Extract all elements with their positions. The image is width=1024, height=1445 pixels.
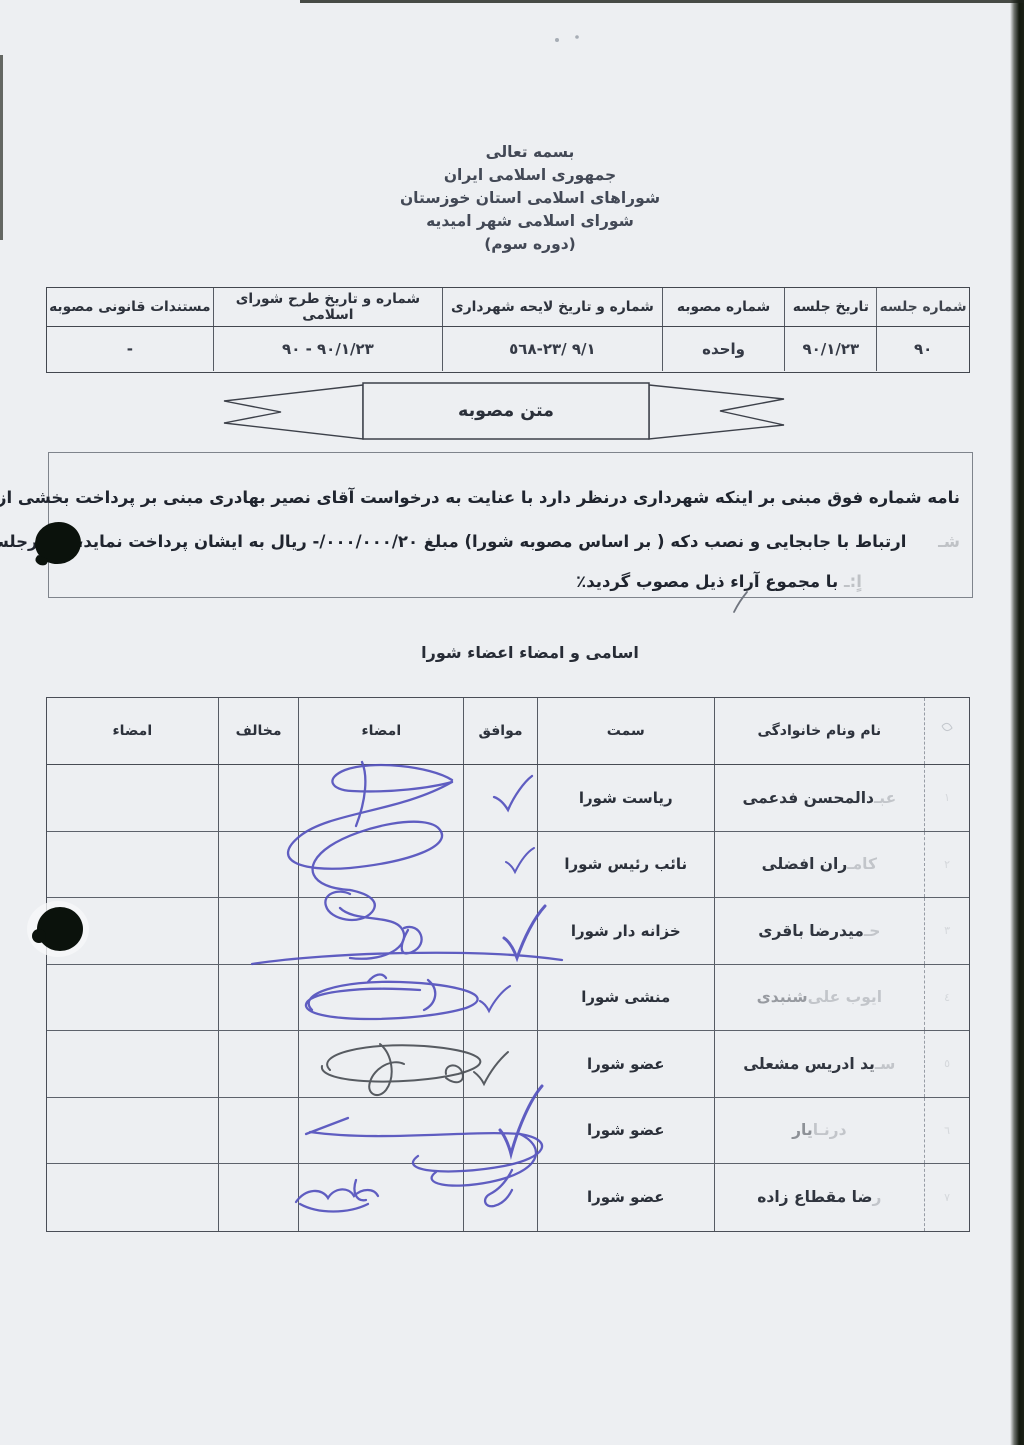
resolution-banner: متن مصوبه	[218, 381, 790, 443]
signature-cell	[298, 765, 463, 831]
line2-amount: -/٠٠٠/٠٠٠/٢٠	[313, 532, 419, 551]
signature-cell	[298, 1098, 463, 1164]
member-role: نائب رئیس شورا	[537, 832, 714, 898]
value-legal-refs: -	[47, 327, 213, 371]
header-against: مخالف	[218, 698, 299, 764]
member-name: کامـران افضلی	[714, 832, 925, 898]
signature-cell-2	[47, 765, 218, 831]
city-council-line: شورای اسلامی شهر امیدیه	[36, 210, 1024, 233]
besmele-line: بسمه تعالی	[36, 141, 1024, 164]
against-cell	[218, 965, 299, 1031]
member-row: ٦ درنـا یار عضو شورا	[47, 1098, 969, 1165]
agree-cell	[463, 832, 537, 898]
resolution-line-1: نامه شماره فوق مبنی بر اینکه شهرداری درن…	[61, 481, 960, 515]
scan-edge-left	[0, 55, 3, 240]
signature-cell	[298, 965, 463, 1031]
signature-cell-2	[47, 832, 218, 898]
member-name: عبـدالمحسن فدعمی	[714, 765, 925, 831]
row-number: ٦	[944, 1124, 950, 1137]
resolution-line-3: اٍ:ـ با مجموع آراء ذیل مصوب گردید٪	[449, 565, 989, 599]
against-cell	[218, 1031, 299, 1097]
member-row: ٣ حـمیدرضا باقری خزانه دار شورا	[47, 898, 969, 965]
member-name: درنـا یار	[714, 1098, 925, 1164]
value-session-no: ٩٠	[876, 327, 969, 371]
meta-value-row: ٩٠ ٩٠/١/٢٣ واحده ٩/١ /٢٣-٥٦٨ ٩٠/١/٢٣ - ٩…	[47, 327, 969, 371]
member-row: ٢ کامـران افضلی نائب رئیس شورا	[47, 832, 969, 899]
province-councils-line: شوراهای اسلامی استان خوزستان	[36, 187, 1024, 210]
member-role: عضو شورا	[537, 1031, 714, 1097]
member-name: سـید ادریس مشعلی	[714, 1031, 925, 1097]
member-name: رضا مقطاع زاده	[714, 1164, 925, 1231]
signature-cell	[298, 832, 463, 898]
against-cell	[218, 1098, 299, 1164]
signature-cell-2	[47, 1031, 218, 1097]
resolution-line-2: شـ ارتباط با جابجایی و نصب دکه ( بر اساس…	[61, 525, 960, 559]
against-cell	[218, 832, 299, 898]
header-signature-2: امضاء	[47, 698, 218, 764]
line2-faded-prefix: شـ	[938, 532, 960, 551]
row-number: ١	[944, 791, 950, 804]
row-number: ٢	[944, 858, 950, 871]
resolution-text-box: نامه شماره فوق مبنی بر اینکه شهرداری درن…	[48, 452, 973, 598]
member-name: ایوب علی شنبدی	[714, 965, 925, 1031]
signature-cell-2	[47, 1164, 218, 1231]
member-role: ریاست شورا	[537, 765, 714, 831]
signature-cell-2	[47, 898, 218, 964]
value-bill-no-date: ٩/١ /٢٣-٥٦٨	[509, 340, 596, 358]
header-resolution-no: شماره مصوبه	[662, 288, 785, 326]
dot-top-2	[575, 35, 579, 39]
member-row: ١ عبـدالمحسن فدعمی ریاست شورا	[47, 765, 969, 832]
header-session-no: شماره جلسه	[876, 288, 969, 326]
value-resolution-no: واحده	[662, 327, 785, 371]
row-number: ٣	[944, 924, 950, 937]
agree-cell	[463, 1031, 537, 1097]
agree-cell	[463, 1098, 537, 1164]
header-signature-1: امضاء	[298, 698, 463, 764]
signature-cell	[298, 1031, 463, 1097]
letterhead: بسمه تعالی جمهوری اسلامی ایران شوراهای ا…	[36, 141, 1024, 256]
term-line: (دوره سوم)	[36, 233, 1024, 256]
row-number: ٤	[944, 991, 950, 1004]
republic-line: جمهوری اسلامی ایران	[36, 164, 1024, 187]
meta-header-row: شماره جلسه تاریخ جلسه شماره مصوبه شماره …	[47, 288, 969, 327]
agree-cell	[463, 898, 537, 964]
header-row-no	[924, 698, 969, 764]
member-role: منشی شورا	[537, 965, 714, 1031]
banner-title: متن مصوبه	[363, 383, 649, 439]
line2-text-b: ریال به ایشان پرداخت نماید، که درجلسه مط…	[0, 532, 307, 551]
member-role: عضو شورا	[537, 1098, 714, 1164]
member-row: ٥ سـید ادریس مشعلی عضو شورا	[47, 1031, 969, 1098]
value-session-date: ٩٠/١/٢٣	[802, 340, 859, 358]
member-row: ٧ رضا مقطاع زاده عضو شورا	[47, 1164, 969, 1231]
row-number: ٧	[944, 1191, 950, 1204]
ink-blob-2-nub	[32, 929, 46, 943]
agree-cell	[463, 965, 537, 1031]
member-role: خزانه دار شورا	[537, 898, 714, 964]
agree-cell	[463, 1164, 537, 1231]
signature-cell	[298, 898, 463, 964]
scanned-document-page: بسمه تعالی جمهوری اسلامی ایران شوراهای ا…	[0, 0, 1024, 1445]
header-plan-no-date: شماره و تاریخ طرح شورای اسلامی	[213, 288, 443, 326]
scan-edge-top	[300, 0, 1024, 3]
line3-text: با مجموع آراء ذیل مصوب گردید٪	[576, 572, 838, 591]
header-role: سمت	[537, 698, 714, 764]
members-header-row: نام ونام خانوادگی سمت موافق امضاء مخالف …	[47, 698, 969, 765]
member-role: عضو شورا	[537, 1164, 714, 1231]
line3-faded-prefix: اٍ:ـ	[844, 572, 862, 591]
row-number: ٥	[944, 1057, 950, 1070]
against-cell	[218, 765, 299, 831]
line2-text-a: ارتباط با جابجایی و نصب دکه ( بر اساس مص…	[424, 532, 907, 551]
member-row: ٤ ایوب علی شنبدی منشی شورا	[47, 965, 969, 1032]
header-session-date: تاریخ جلسه	[784, 288, 876, 326]
signature-cell-2	[47, 965, 218, 1031]
header-name: نام ونام خانوادگی	[714, 698, 925, 764]
header-agree: موافق	[463, 698, 537, 764]
against-cell	[218, 898, 299, 964]
signatures-heading: اسامی و امضاء اعضاء شورا	[36, 643, 1024, 662]
signature-cell	[298, 1164, 463, 1231]
header-bill-no-date: شماره و تاریخ لایحه شهرداری	[442, 288, 662, 326]
members-table: نام ونام خانوادگی سمت موافق امضاء مخالف …	[46, 697, 970, 1232]
header-legal-refs: مستندات قانونی مصوبه	[47, 288, 213, 326]
signature-cell-2	[47, 1098, 218, 1164]
agree-cell	[463, 765, 537, 831]
resolution-meta-table: شماره جلسه تاریخ جلسه شماره مصوبه شماره …	[46, 287, 970, 373]
against-cell	[218, 1164, 299, 1231]
value-plan-no-date: ٩٠/١/٢٣ - ٩٠	[282, 340, 374, 358]
dot-top-1	[555, 38, 559, 42]
member-name: حـمیدرضا باقری	[714, 898, 925, 964]
